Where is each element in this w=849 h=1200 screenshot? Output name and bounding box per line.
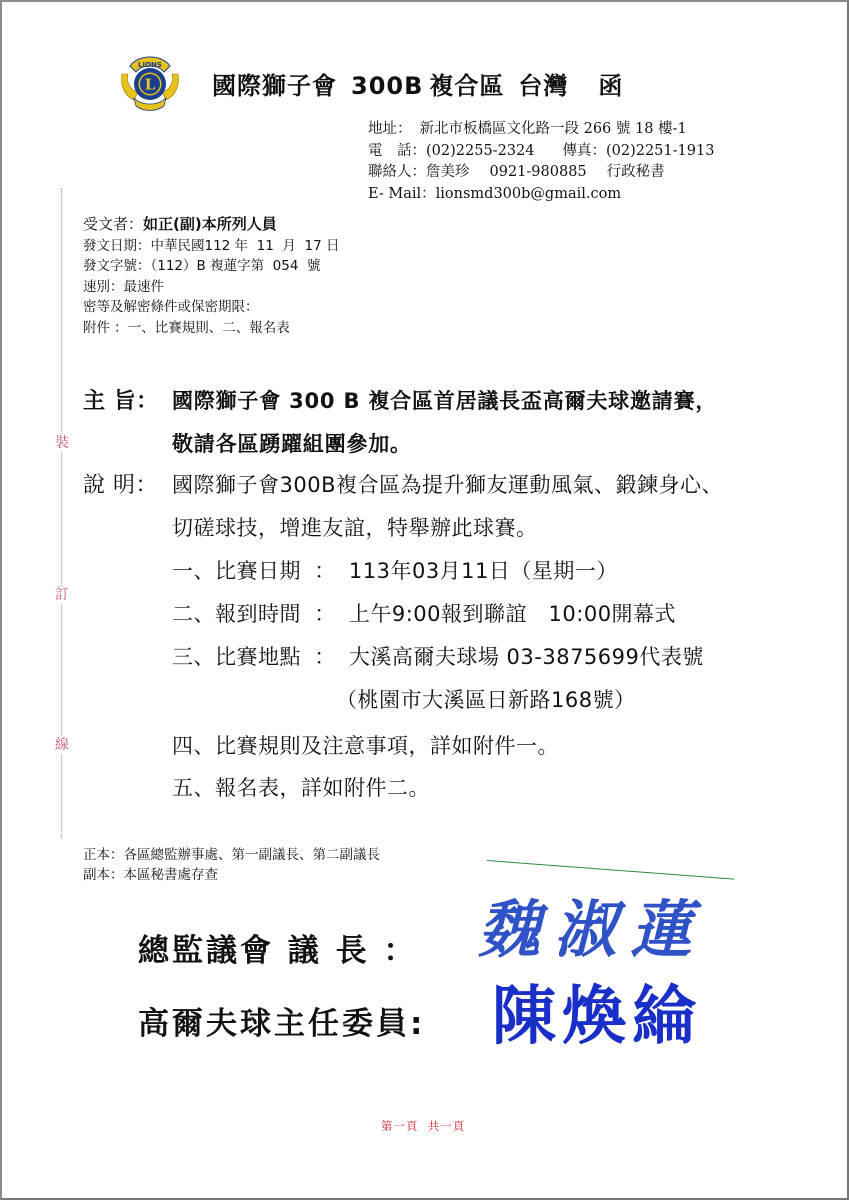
chair-signature-name: 魏淑蓮	[478, 880, 706, 969]
phone-label: 電 話：	[368, 143, 426, 159]
item-value: 113年03月11日（星期一）	[349, 559, 618, 583]
issue-date-label: 發文日期：	[83, 238, 151, 254]
page-number: 第一頁 共一頁	[381, 1118, 465, 1134]
contact-title: 行政秘書	[607, 164, 665, 180]
explanation-label: 說 明：	[83, 468, 158, 499]
explanation-line-2: 切磋球技，增進友誼，特舉辦此球賽。	[172, 512, 538, 542]
item-value: 上午9:00報到聯誼 10:00開幕式	[349, 602, 676, 626]
item-registration: 五、報名表，詳如附件二。	[172, 772, 430, 802]
original-label: 正本：	[83, 847, 124, 863]
speed-row: 速別：最速件	[83, 277, 339, 298]
copy-recipients-row: 副本：本區秘書處存查	[83, 865, 380, 885]
svg-text:L: L	[145, 76, 156, 94]
subject-label: 主 旨：	[83, 384, 159, 415]
golf-chair-signature-label: 高爾夫球主任委員:	[138, 998, 425, 1043]
item-label: 三、比賽地點	[172, 645, 301, 669]
item-separator: ：	[314, 602, 336, 626]
recipient-label: 受文者：	[83, 215, 143, 233]
svg-text:LIONS: LIONS	[138, 61, 162, 69]
attachment-value: 一、比賽規則、二、報名表	[128, 320, 290, 336]
reference-value: （112）B 複蓮字第 054 號	[151, 258, 321, 274]
contact-name: 詹美珍	[426, 164, 470, 180]
email-link[interactable]: lionsmd300b@gmail.com	[436, 186, 621, 202]
speed-label: 速別：	[83, 279, 124, 295]
speed-value: 最速件	[124, 279, 165, 295]
issue-date-value: 中華民國112 年 11 月 17 日	[151, 238, 340, 254]
lions-club-logo-icon: LIONS L	[118, 52, 182, 114]
binding-char-xian: 線	[53, 736, 71, 754]
item-match-date: 一、比賽日期 ： 113年03月11日（星期一）	[172, 555, 618, 585]
copy-value: 本區秘書處存查	[124, 867, 219, 883]
item-rules: 四、比賽規則及注意事項，詳如附件一。	[172, 730, 559, 760]
golf-chair-signature-name: 陳煥綸	[492, 965, 702, 1057]
item-separator: ：	[314, 645, 336, 669]
item-venue-address: （桃園市大溪區日新路168號）	[336, 684, 636, 714]
item-label: 一、比賽日期	[172, 559, 301, 583]
address-label: 地址：	[368, 121, 412, 137]
fax-label: 傳真：	[562, 143, 606, 159]
confidential-row: 密等及解密條件或保密期限：	[83, 297, 339, 318]
attachment-label: 附件 ：	[83, 320, 128, 336]
recipient-row: 受文者：如正(副)本所列人員	[83, 214, 339, 236]
contact-label: 聯絡人：	[368, 164, 426, 180]
district-suffix: 複合區	[429, 72, 504, 100]
subject-line-2: 敬請各區踴躍組團參加。	[172, 428, 412, 458]
address-value: 新北市板橋區文化路一段 266 號 18 樓-1	[420, 121, 687, 137]
phone-value: (02)2255-2324	[426, 143, 534, 159]
chair-signature-label: 總監議會 議 長 ：	[138, 925, 417, 970]
contact-block: 地址：新北市板橋區文化路一段 266 號 18 樓-1 電 話：(02)2255…	[368, 119, 714, 205]
document-meta: 受文者：如正(副)本所列人員 發文日期：中華民國112 年 11 月 17 日 …	[83, 214, 339, 338]
copy-label: 副本：	[83, 867, 124, 883]
explanation-line-1: 國際獅子會300B複合區為提升獅友運動風氣、鍛鍊身心、	[172, 469, 723, 499]
binding-char-ding: 訂	[53, 586, 71, 604]
reference-row: 發文字號：（112）B 複蓮字第 054 號	[83, 256, 339, 277]
email-row: E- Mail：lionsmd300b@gmail.com	[368, 184, 714, 206]
reference-label: 發文字號：	[83, 258, 151, 274]
item-separator: ：	[314, 559, 336, 583]
binding-char-zhuang: 裝	[53, 434, 71, 452]
recipient-value: 如正(副)本所列人員	[143, 215, 277, 233]
contact-mobile: 0921-980885	[490, 164, 587, 180]
phone-row: 電 話：(02)2255-2324傳真：(02)2251-1913	[368, 141, 714, 163]
item-venue: 三、比賽地點 ： 大溪高爾夫球場 03-3875699代表號	[172, 641, 704, 671]
district-code: 300B	[351, 72, 423, 100]
distribution-block: 正本：各區總監辦事處、第一副議長、第二副議長 副本：本區秘書處存查	[83, 845, 380, 885]
original-value: 各區總監辦事處、第一副議長、第二副議長	[124, 847, 381, 863]
subject-line-1: 國際獅子會 300 B 複合區首居議長盃高爾夫球邀請賽，	[172, 385, 717, 415]
issue-date-row: 發文日期：中華民國112 年 11 月 17 日	[83, 236, 339, 257]
item-checkin-time: 二、報到時間 ： 上午9:00報到聯誼 10:00開幕式	[172, 598, 676, 628]
confidential-label: 密等及解密條件或保密期限：	[83, 299, 259, 315]
contact-person-row: 聯絡人：詹美珍0921-980885行政秘書	[368, 162, 714, 184]
item-label: 二、報到時間	[172, 602, 301, 626]
item-value: 大溪高爾夫球場 03-3875699代表號	[349, 645, 704, 669]
fax-value: (02)2251-1913	[606, 143, 714, 159]
original-recipients-row: 正本：各區總監辦事處、第一副議長、第二副議長	[83, 845, 380, 865]
address-row: 地址：新北市板橋區文化路一段 266 號 18 樓-1	[368, 119, 714, 141]
org-name: 國際獅子會	[212, 72, 337, 100]
email-label: E- Mail：	[368, 186, 436, 202]
letterhead-title: 國際獅子會300B複合區台灣函	[212, 66, 623, 101]
country: 台灣	[518, 72, 568, 100]
attachment-row: 附件 ：一、比賽規則、二、報名表	[83, 318, 339, 339]
doc-type: 函	[598, 72, 623, 100]
